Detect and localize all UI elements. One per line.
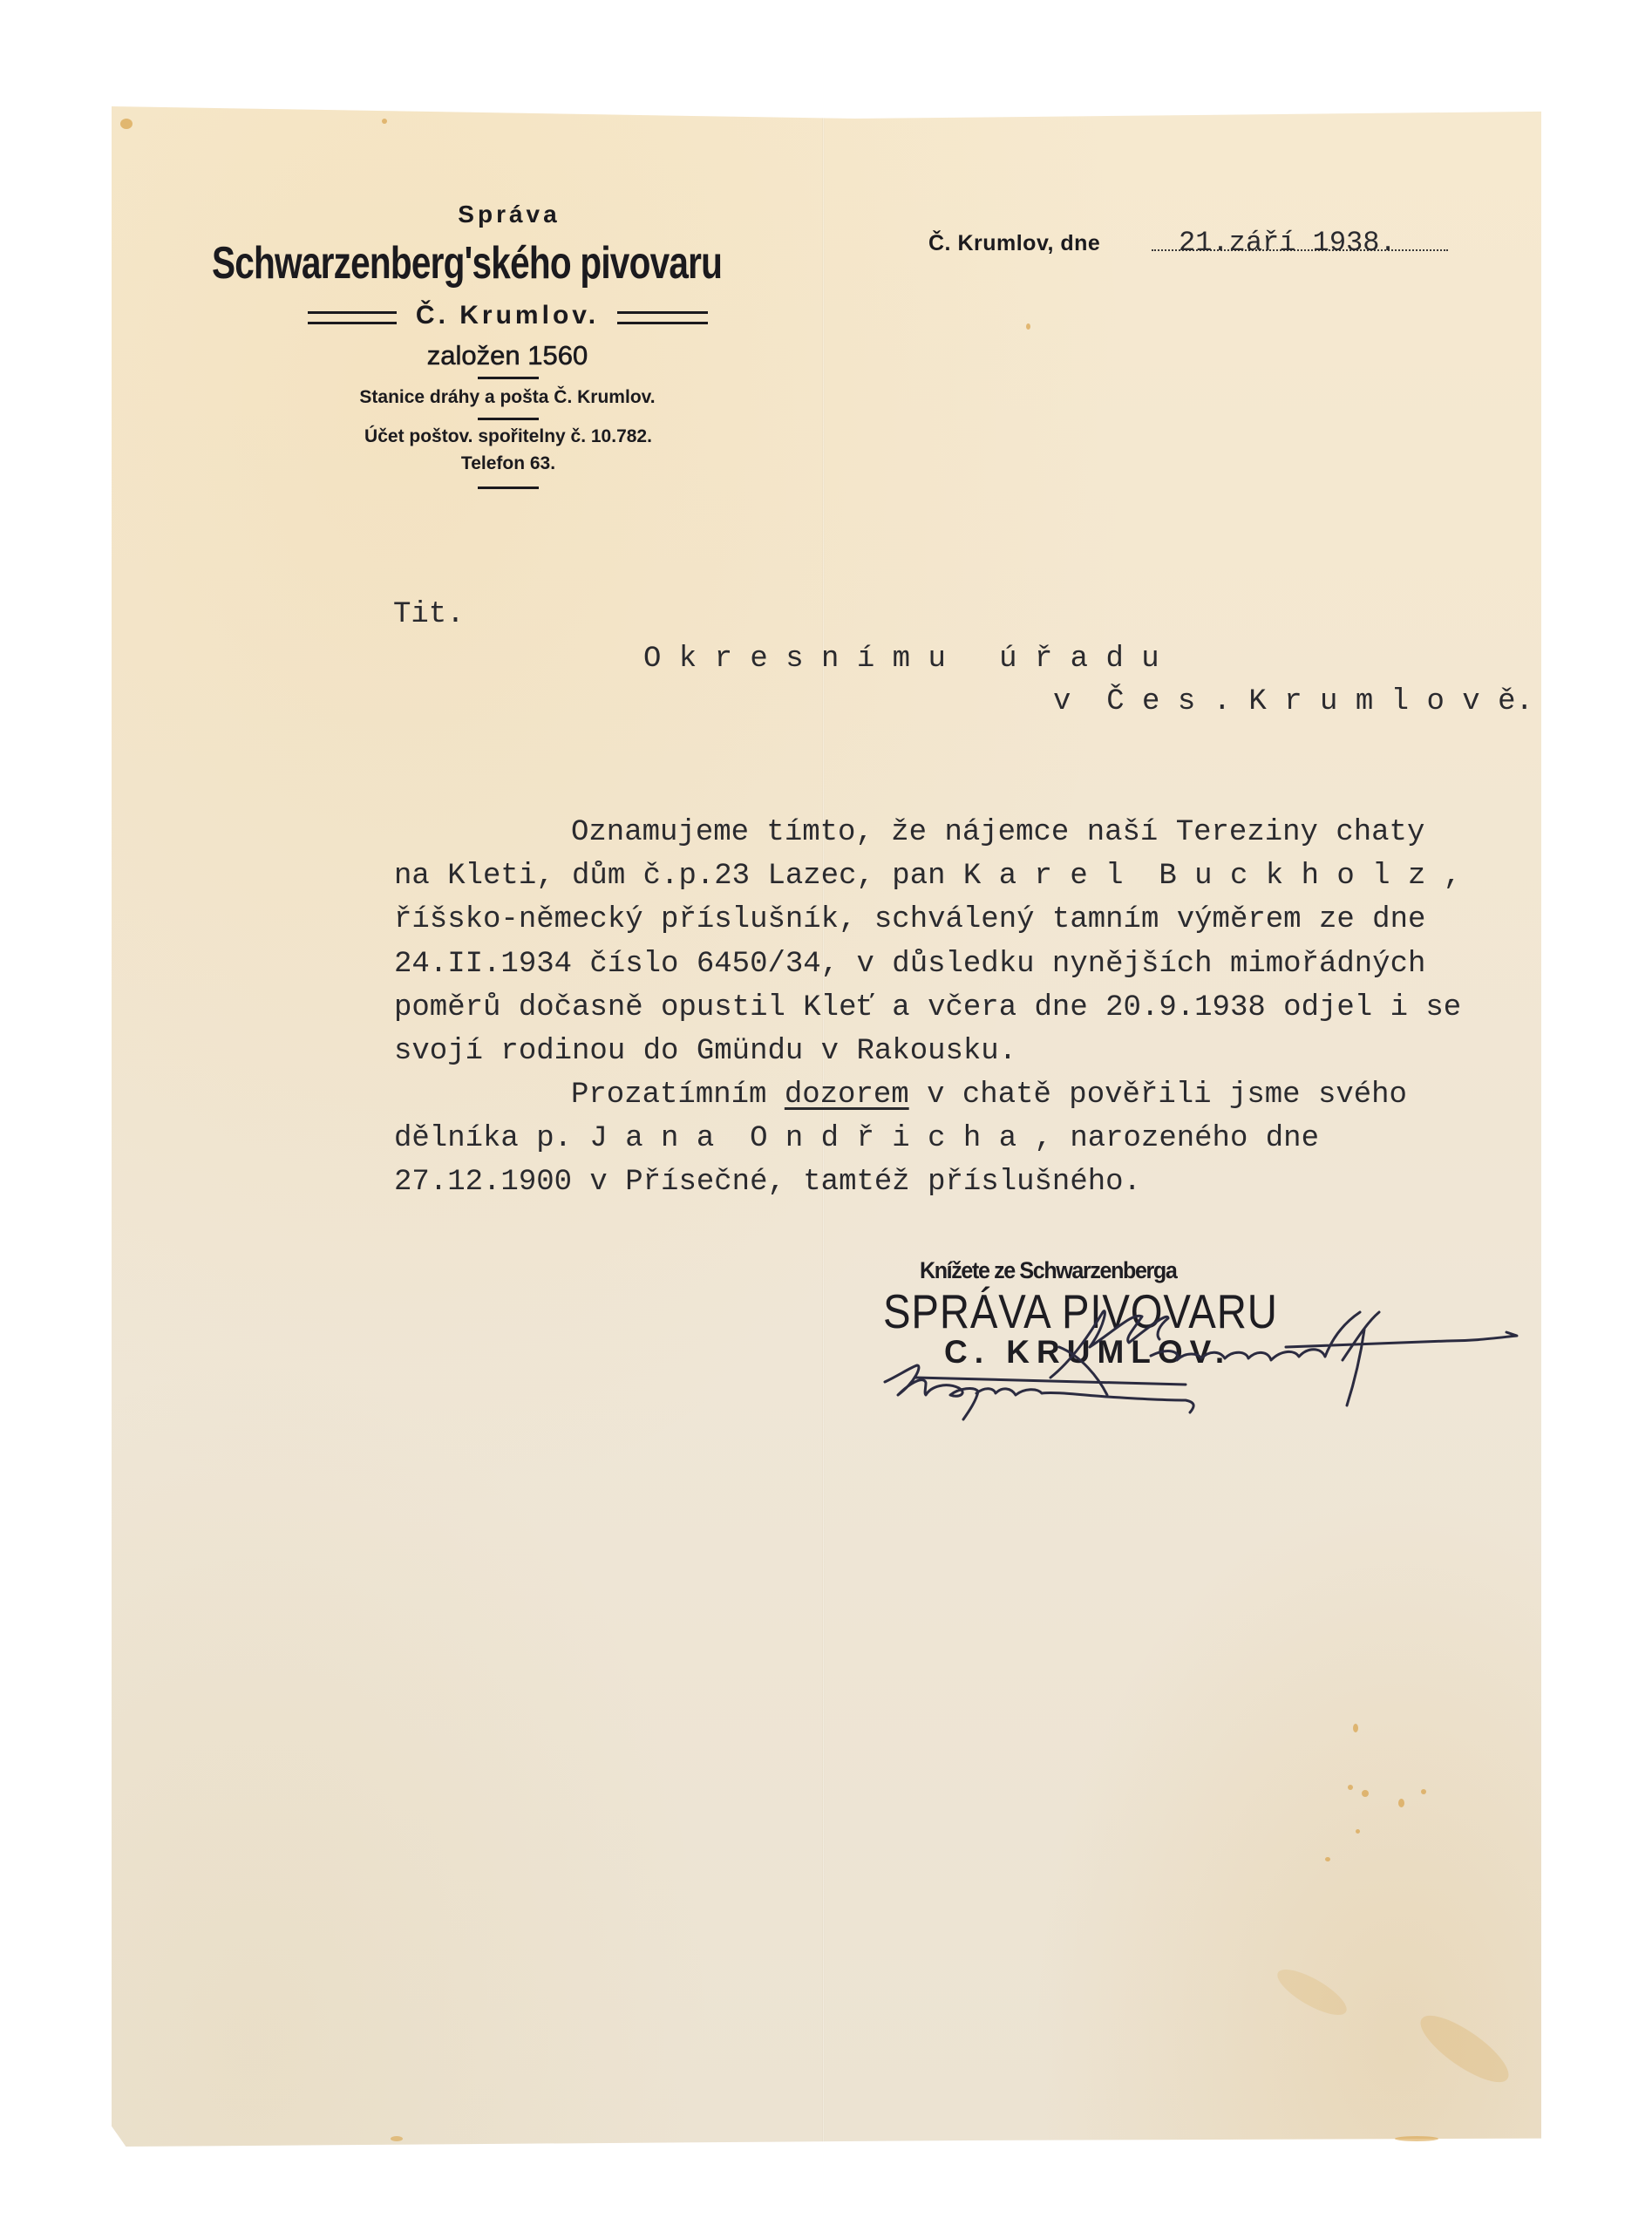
signature-icon: [0, 0, 1652, 2232]
